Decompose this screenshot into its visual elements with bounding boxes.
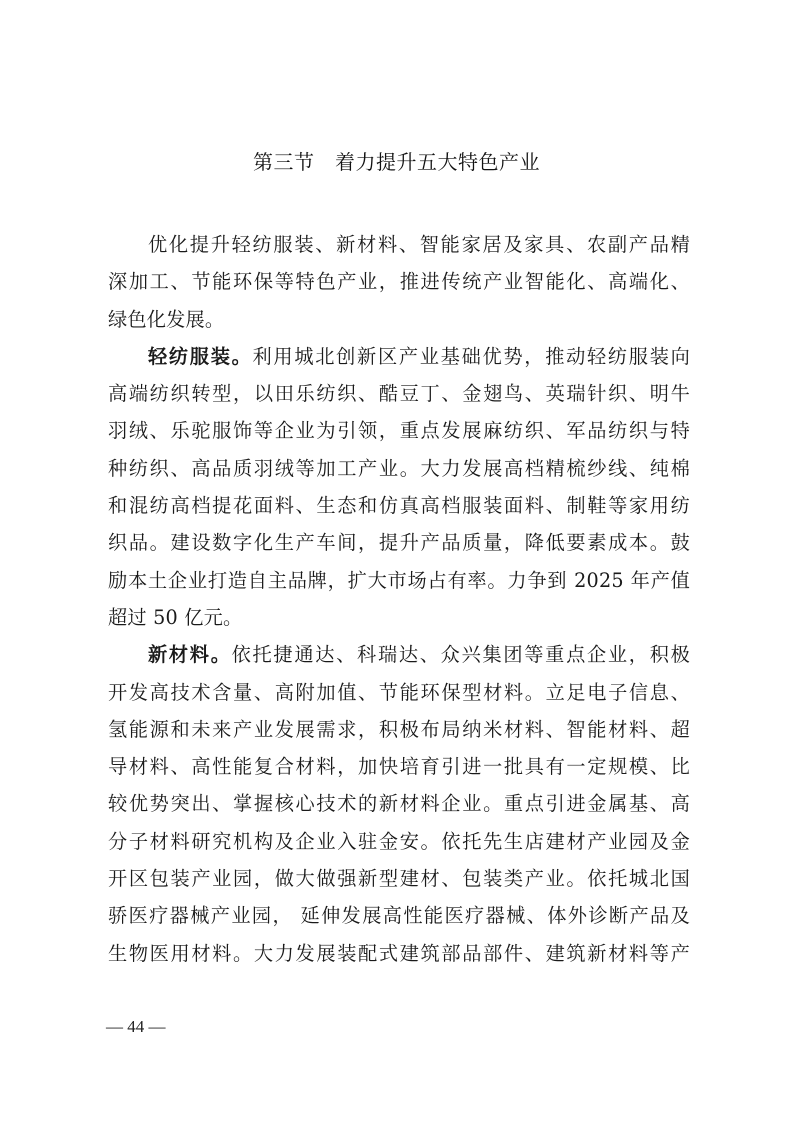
text-line: 超过 50 亿元。 bbox=[108, 599, 690, 636]
document-body: 优化提升轻纺服装、新材料、智能家居及家具、农副产品精 深加工、节能环保等特色产业… bbox=[108, 226, 690, 972]
text-line: 新材料。依托捷通达、科瑞达、众兴集团等重点企业，积极 bbox=[108, 636, 690, 673]
paragraph-heading: 新材料。 bbox=[148, 643, 232, 666]
text-line: 羽绒、乐驼服饰等企业为引领，重点发展麻纺织、军品纺织与特 bbox=[108, 412, 690, 449]
paragraph-heading: 轻纺服装。 bbox=[148, 345, 253, 368]
paragraph-textile-apparel: 轻纺服装。利用城北创新区产业基础优势，推动轻纺服装向 高端纺织转型，以田乐纺织、… bbox=[108, 338, 690, 636]
paragraph-intro: 优化提升轻纺服装、新材料、智能家居及家具、农副产品精 深加工、节能环保等特色产业… bbox=[108, 226, 690, 338]
text-line: 织品。建设数字化生产车间，提升产品质量，降低要素成本。鼓 bbox=[108, 524, 690, 561]
text-line: 励本土企业打造自主品牌，扩大市场占有率。力争到 2025 年产值 bbox=[108, 562, 690, 599]
text-line: 高端纺织转型，以田乐纺织、酷豆丁、金翅鸟、英瑞针织、明牛 bbox=[108, 375, 690, 412]
section-title: 第三节 着力提升五大特色产业 bbox=[0, 146, 793, 175]
text-line: 生物医用材料。大力发展装配式建筑部品部件、建筑新材料等产 bbox=[108, 935, 690, 972]
text-run: 利用城北创新区产业基础优势，推动轻纺服装向 bbox=[253, 345, 690, 368]
text-line: 开发高技术含量、高附加值、节能环保型材料。立足电子信息、 bbox=[108, 674, 690, 711]
text-line: 较优势突出、掌握核心技术的新材料企业。重点引进金属基、高 bbox=[108, 785, 690, 822]
text-line: 氢能源和未来产业发展需求，积极布局纳米材料、智能材料、超 bbox=[108, 711, 690, 748]
text-line: 种纺织、高品质羽绒等加工产业。大力发展高档精梳纱线、纯棉 bbox=[108, 450, 690, 487]
page-number: — 44 — bbox=[106, 1017, 166, 1037]
text-line: 开区包装产业园，做大做强新型建材、包装类产业。依托城北国 bbox=[108, 860, 690, 897]
text-line: 分子材料研究机构及企业入驻金安。依托先生店建材产业园及金 bbox=[108, 823, 690, 860]
text-line: 和混纺高档提花面料、生态和仿真高档服装面料、制鞋等家用纺 bbox=[108, 487, 690, 524]
text-run: 依托捷通达、科瑞达、众兴集团等重点企业，积极 bbox=[232, 643, 690, 666]
text-line: 绿色化发展。 bbox=[108, 301, 690, 338]
text-line: 导材料、高性能复合材料，加快培育引进一批具有一定规模、比 bbox=[108, 748, 690, 785]
text-line: 优化提升轻纺服装、新材料、智能家居及家具、农副产品精 bbox=[108, 226, 690, 263]
paragraph-new-materials: 新材料。依托捷通达、科瑞达、众兴集团等重点企业，积极 开发高技术含量、高附加值、… bbox=[108, 636, 690, 972]
text-line: 骄医疗器械产业园， 延伸发展高性能医疗器械、体外诊断产品及 bbox=[108, 897, 690, 934]
document-page: 第三节 着力提升五大特色产业 优化提升轻纺服装、新材料、智能家居及家具、农副产品… bbox=[0, 0, 793, 1122]
text-line: 深加工、节能环保等特色产业，推进传统产业智能化、高端化、 bbox=[108, 263, 690, 300]
text-line: 轻纺服装。利用城北创新区产业基础优势，推动轻纺服装向 bbox=[108, 338, 690, 375]
